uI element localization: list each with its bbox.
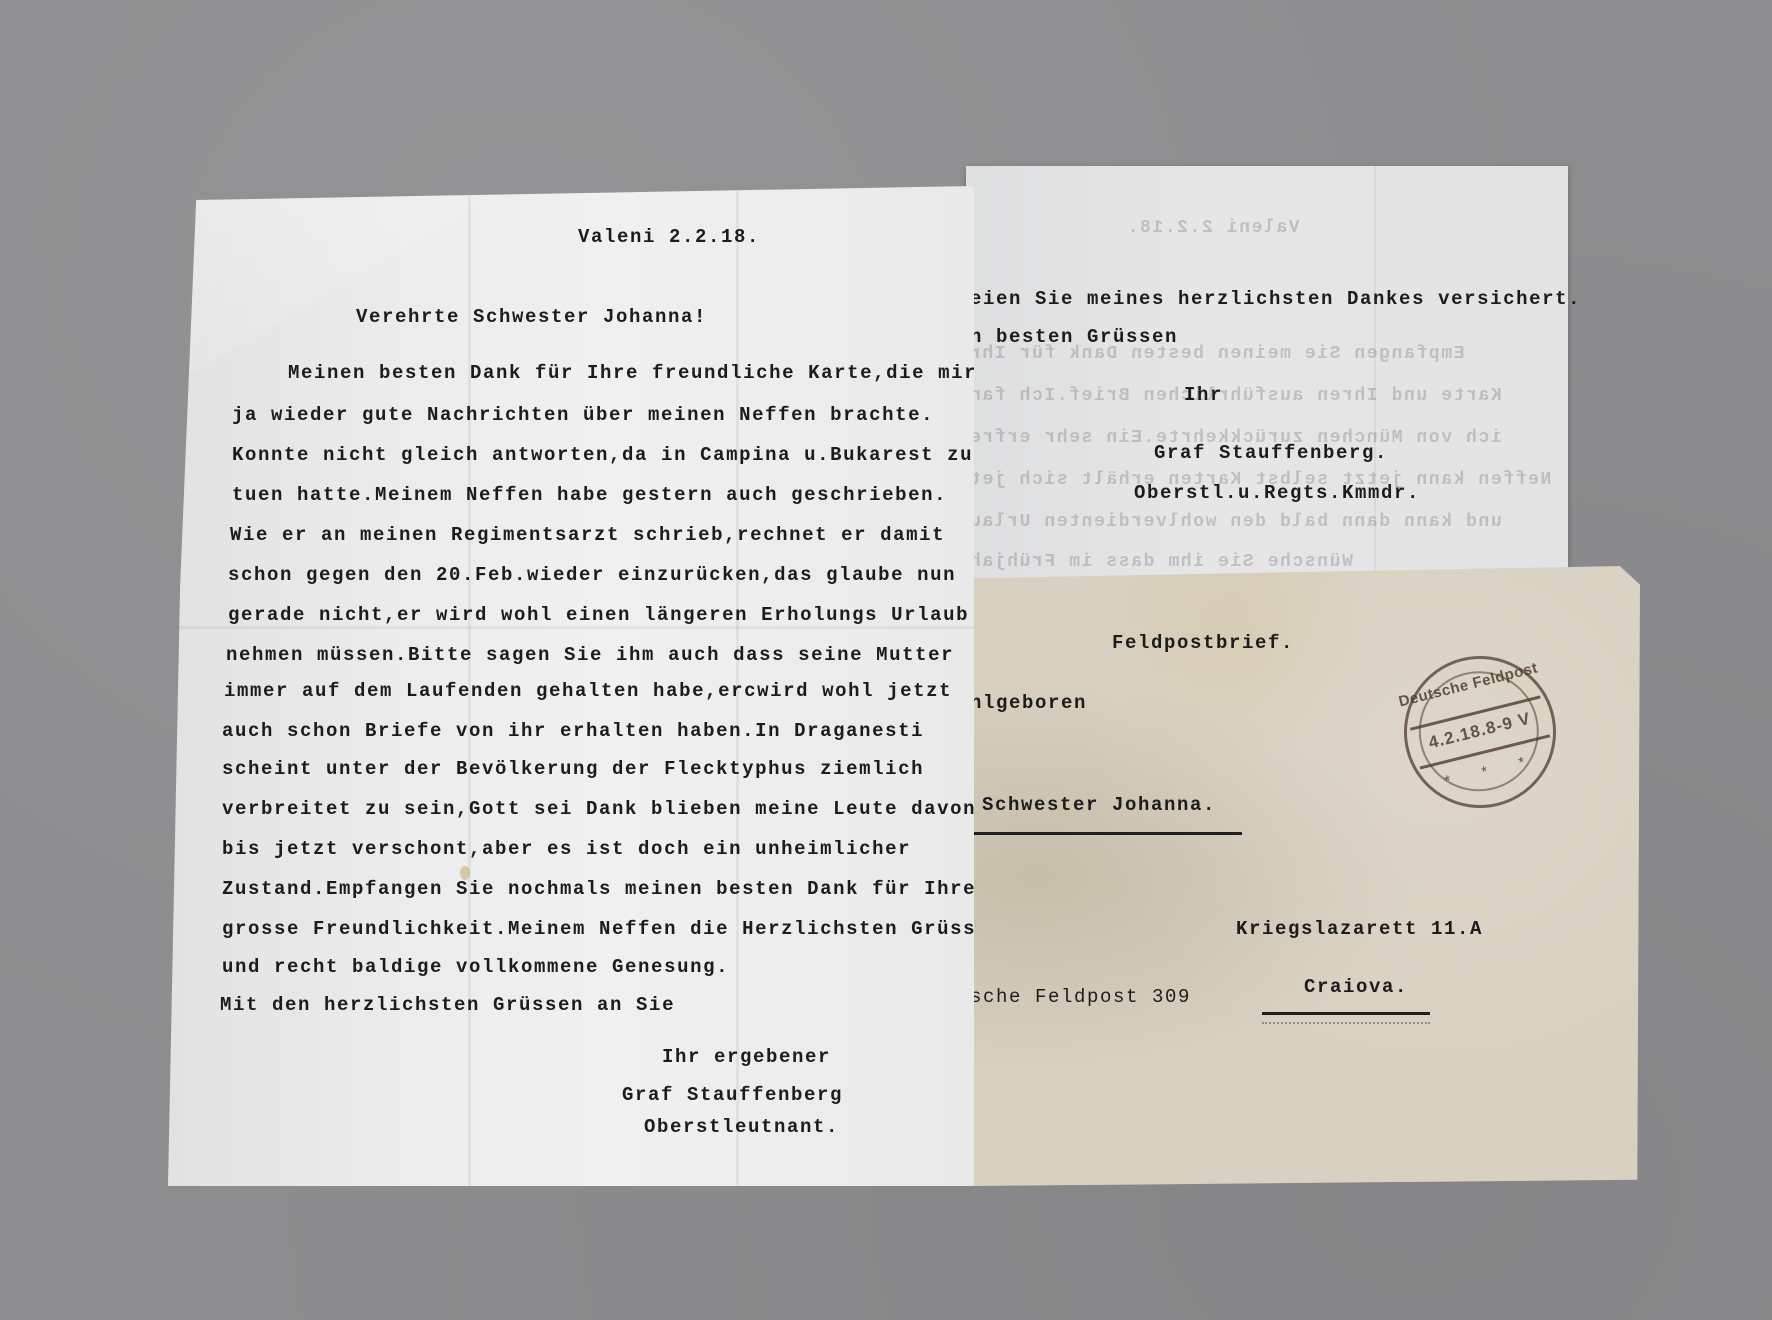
letter-rank: Oberstleutnant. <box>644 1116 839 1138</box>
mirrored-date-bleed: Valeni 2.2.18. <box>1126 218 1300 238</box>
envelope-honorific: hlgeboren <box>970 692 1087 714</box>
letter2-closing: Ihr <box>1184 384 1223 406</box>
envelope-address-line1: Kriegslazarett 11.A <box>1236 918 1483 940</box>
letter-signature: Graf Stauffenberg <box>622 1084 843 1106</box>
letter2-rank: Oberstl.u.Regts.Kmmdr. <box>1134 482 1420 504</box>
letter-body-line: Meinen besten Dank für Ihre freundliche … <box>288 362 977 384</box>
letter-body-line: und recht baldige vollkommene Genesung. <box>222 956 729 978</box>
horizontal-fold-crease <box>168 626 974 629</box>
postmark-stamp: Deutsche Feldpost 4.2.18.8-9 V * * * <box>1388 640 1572 824</box>
letter-body-line: nehmen müssen.Bitte sagen Sie ihm auch d… <box>226 644 954 666</box>
letter-salutation: Verehrte Schwester Johanna! <box>356 306 707 328</box>
feldpost-envelope: Feldpostbrief. hlgeboren Schwester Johan… <box>966 566 1640 1186</box>
address-underline <box>1262 1012 1430 1015</box>
envelope-sender: sche Feldpost 309 <box>970 986 1191 1008</box>
bleed-through-line: Wünsche Sie ihm dass im Frühjahr <box>956 552 1353 572</box>
letter-body-line: bis jetzt verschont,aber es ist doch ein… <box>222 838 911 860</box>
letter-body-line: gerade nicht,er wird wohl einen längeren… <box>228 604 969 626</box>
letter-body-line: auch schon Briefe von ihr erhalten haben… <box>222 720 924 742</box>
letter-body-line: Mit den herzlichsten Grüssen an Sie <box>220 994 675 1016</box>
letter-body-line: immer auf dem Laufenden gehalten habe,er… <box>224 680 952 702</box>
envelope-recipient: Schwester Johanna. <box>982 794 1216 816</box>
letter-body-line: Konnte nicht gleich antworten,da in Camp… <box>232 444 973 466</box>
letter-body-line: grosse Freundlichkeit.Meinem Neffen die … <box>222 918 989 940</box>
bleed-through-line: Karte und Ihren ausführlichen Brief.Ich … <box>956 386 1502 406</box>
envelope-address-line2: Craiova. <box>1304 976 1408 998</box>
address-dotted-line <box>1262 1022 1430 1025</box>
letter-date: Valeni 2.2.18. <box>578 226 760 248</box>
second-letter-sheet: Valeni 2.2.18. Empfangen Sie meinen best… <box>966 166 1568 586</box>
letter-body-line: tuen hatte.Meinem Neffen habe gestern au… <box>232 484 947 506</box>
letter2-signature: Graf Stauffenberg. <box>1154 442 1388 464</box>
recipient-underline <box>972 832 1242 835</box>
envelope-heading: Feldpostbrief. <box>1112 632 1294 654</box>
letter-body-line: ja wieder gute Nachrichten über meinen N… <box>232 404 934 426</box>
letter-body-line: verbreitet zu sein,Gott sei Dank blieben… <box>222 798 976 820</box>
letter2-line: n besten Grüssen <box>970 326 1178 348</box>
letter-body-line: schon gegen den 20.Feb.wieder einzurücke… <box>228 564 956 586</box>
main-letter-sheet: Valeni 2.2.18. Verehrte Schwester Johann… <box>168 186 974 1186</box>
bleed-through-line: und kann dann bald den wohlverdienten Ur… <box>956 512 1502 532</box>
letter-body-line: Wie er an meinen Regimentsarzt schrieb,r… <box>230 524 945 546</box>
letter-body-line: Zustand.Empfangen Sie nochmals meinen be… <box>222 878 976 900</box>
letter2-line: eien Sie meines herzlichsten Dankes vers… <box>970 288 1581 310</box>
letter-body-line: scheint unter der Bevölkerung der Fleckt… <box>222 758 924 780</box>
letter-closing: Ihr ergebener <box>662 1046 831 1068</box>
